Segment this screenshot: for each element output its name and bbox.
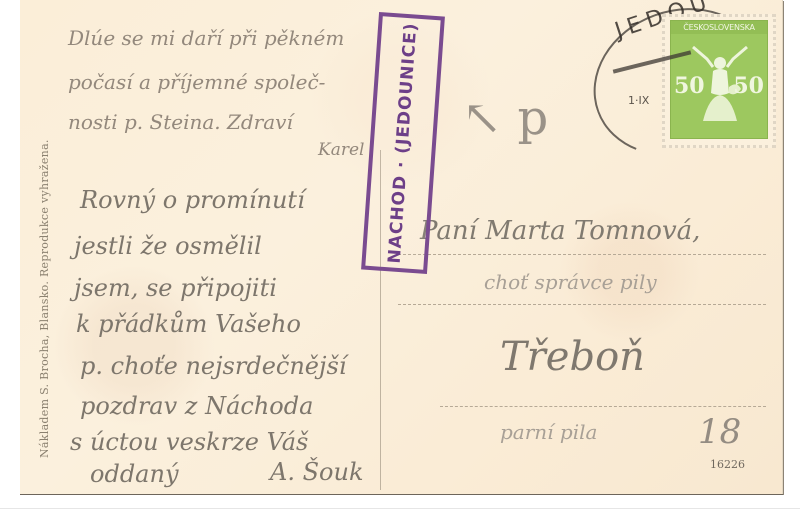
message-signature: A. Šouk — [270, 458, 363, 486]
message-signature: Karel — [318, 140, 364, 160]
message-line: oddaný — [90, 460, 179, 488]
scan-border-line — [0, 508, 800, 509]
postmark-date: 1·IX — [628, 94, 649, 107]
annotation-mark: ↖ p — [462, 90, 548, 146]
address-line-note: parní pila — [500, 420, 597, 444]
address-line-recipient: Paní Marta Tomnová, — [420, 216, 700, 246]
message-line: Rovný o promínutí — [80, 186, 305, 214]
message-line: k přádkům Vašeho — [76, 310, 301, 338]
card-serial-number: 16226 — [710, 458, 745, 471]
stamp-face: ČESKOSLOVENSKA 50 50 — [670, 20, 768, 139]
publisher-imprint: Nákladem S. Brocha, Blansko. Reprodukce … — [38, 139, 51, 458]
message-line: jestli že osmělil — [74, 232, 262, 260]
handwritten-number: 18 — [698, 412, 741, 452]
message-line: Dlúe se mi daří při pěkném — [68, 26, 344, 50]
address-line-town: Třeboň — [500, 334, 645, 380]
stamp-value-right: 50 — [733, 73, 764, 99]
postage-stamp: ČESKOSLOVENSKA 50 50 — [662, 14, 776, 148]
address-dashed-line — [398, 254, 766, 255]
message-line: p. choťe nejsrdečnější — [80, 352, 346, 380]
message-line: pozdrav z Náchoda — [80, 392, 313, 420]
message-line: nosti p. Steina. Zdraví — [68, 110, 293, 134]
message-line: s úctou veskrze Váš — [70, 428, 308, 456]
message-line: jsem, se připojiti — [74, 274, 277, 302]
address-dashed-line — [398, 304, 766, 305]
cancellation-stamp-text: NACHOD · (JEDOUNICE) — [385, 22, 422, 264]
message-line: počasí a příjemné společ- — [68, 70, 325, 94]
address-line-title: choť správce pily — [484, 270, 657, 294]
stamp-value-left: 50 — [674, 73, 705, 99]
address-dashed-line — [440, 406, 766, 407]
stamp-country: ČESKOSLOVENSKA — [671, 21, 767, 34]
